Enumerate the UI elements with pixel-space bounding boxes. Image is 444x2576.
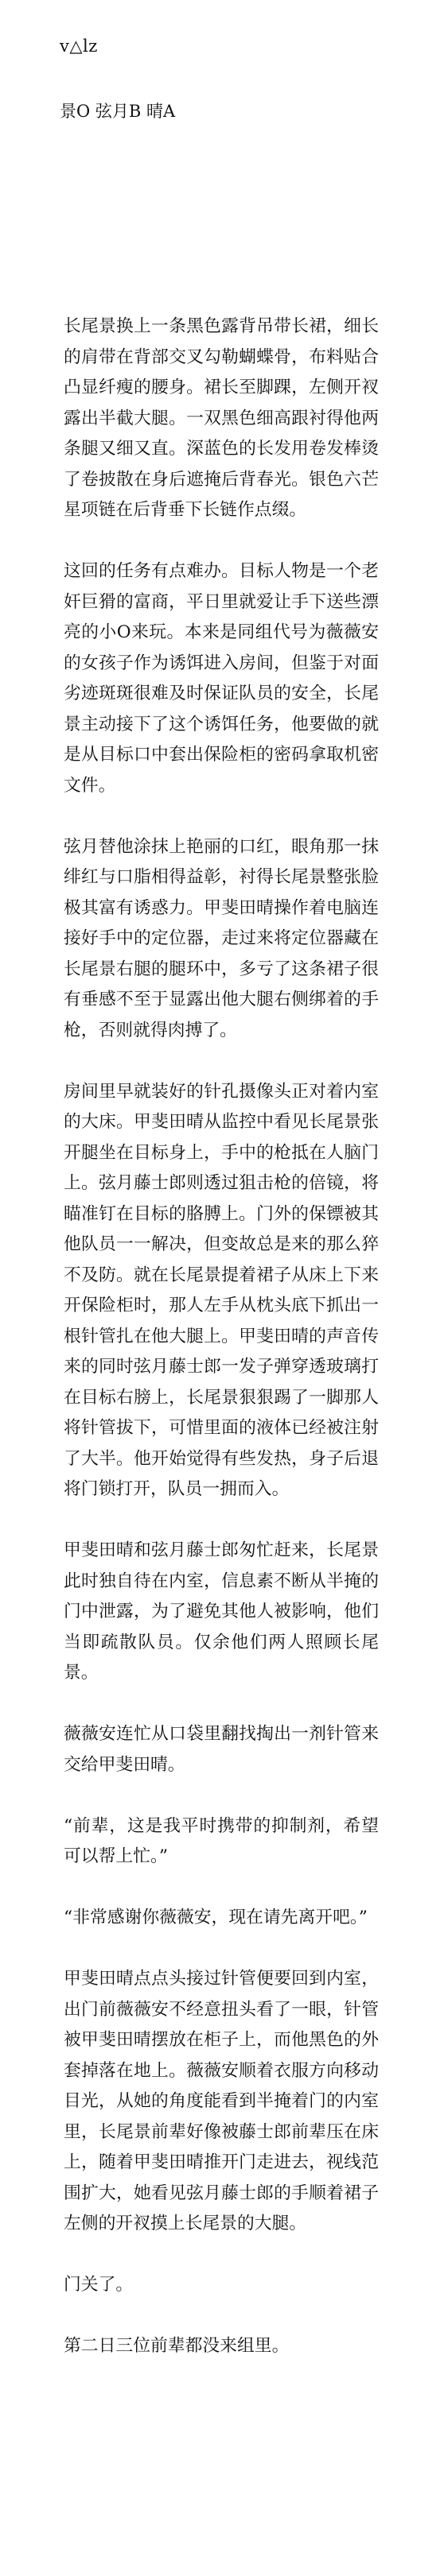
- header-code: v△lz: [60, 35, 98, 57]
- character-list: 景O 弦月B 晴A: [60, 100, 175, 122]
- paragraph: 甲斐田晴和弦月藤士郎匆忙赶来，长尾景此时独自待在内室，信息素不断从半掩的门中泄露…: [64, 1536, 379, 1689]
- paragraph: 房间里早就装好的针孔摄像头正对着内室的大床。甲斐田晴从监控中看见长尾景张开腿坐在…: [64, 1077, 379, 1505]
- story-body: 长尾景换上一条黑色露背吊带长裙，细长的肩带在背部交叉勾勒蝴蝶骨，布料贴合凸显纤瘦…: [64, 312, 379, 2392]
- paragraph: 这回的任务有点难办。目标人物是一个老奸巨猾的富商，平日里就爱让手下送些漂亮的小O…: [64, 556, 379, 801]
- paragraph: 第二日三位前辈都没来组里。: [64, 2331, 379, 2362]
- paragraph: 甲斐田晴点点头接过针管便要回到内室，出门前薇薇安不经意扭头看了一眼，针管被甲斐田…: [64, 1964, 379, 2240]
- paragraph: 门关了。: [64, 2270, 379, 2301]
- paragraph: 薇薇安连忙从口袋里翻找掏出一剂针管来交给甲斐田晴。: [64, 1719, 379, 1780]
- dialogue-paragraph: “非常感谢你薇薇安，现在请先离开吧。”: [64, 1903, 379, 1934]
- dialogue-paragraph: “前辈，这是我平时携带的抑制剂，希望可以帮上忙。”: [64, 1811, 379, 1873]
- paragraph: 弦月替他涂抹上艳丽的口红，眼角那一抹绯红与口脂相得益彰，衬得长尾景整张脸极其富有…: [64, 832, 379, 1047]
- paragraph: 长尾景换上一条黑色露背吊带长裙，细长的肩带在背部交叉勾勒蝴蝶骨，布料贴合凸显纤瘦…: [64, 312, 379, 526]
